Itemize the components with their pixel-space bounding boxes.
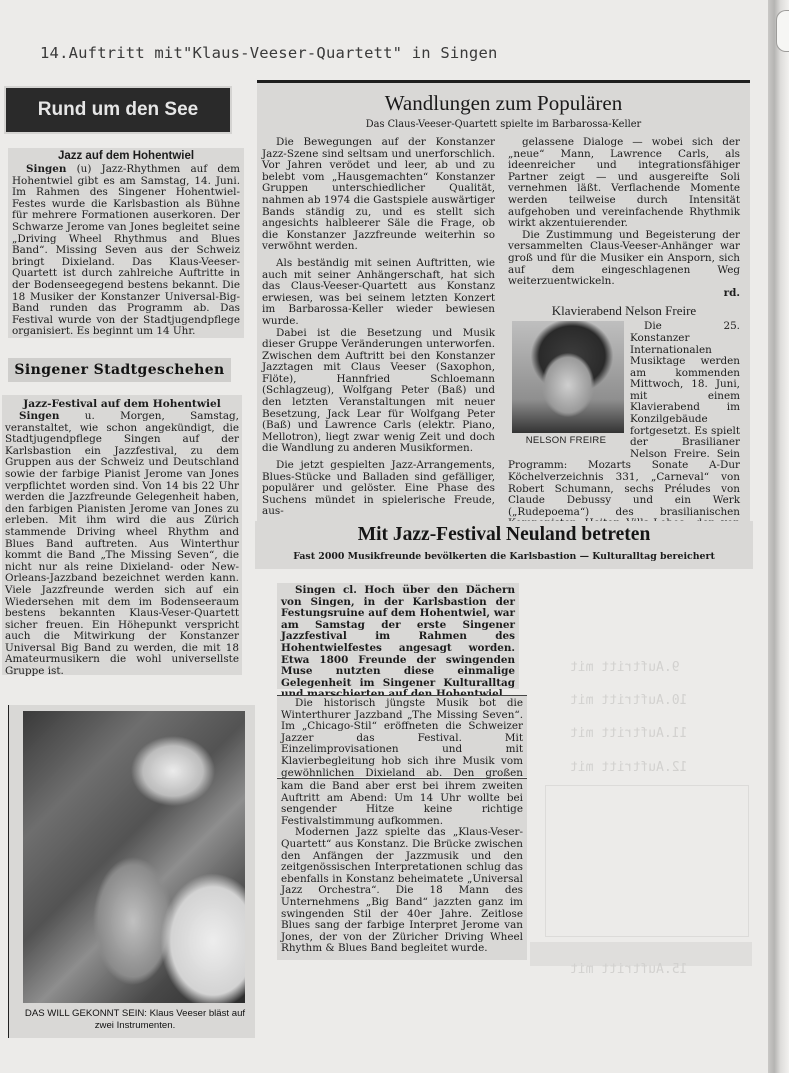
clipping-neuland-headline: Mit Jazz-Festival Neuland betreten Fast …	[255, 521, 753, 569]
banner-text: Singener Stadtgeschehen	[14, 362, 224, 378]
dateline: Singen	[295, 584, 335, 596]
sub-article-nelson-freire: NELSON FREIRE Die 25. Konstanzer Interna…	[508, 321, 740, 541]
article-body: Singen u. Morgen, Samstag, veranstaltet,…	[5, 411, 239, 678]
clipping-neuland-body-1: Die historisch jüngste Musik bot die Win…	[277, 695, 527, 777]
paragraph: Die jetzt gespielten Jazz-Arrangements, …	[262, 460, 495, 518]
article-headline: Jazz-Festival auf dem Hohentwiel	[5, 398, 239, 410]
photo-klaus-veeser-saxophone	[23, 711, 245, 1003]
dateline: Singen	[19, 410, 59, 422]
article-body: Singen (u) Jazz-Rhythmen auf dem Hohentw…	[12, 164, 240, 338]
typed-page-title: 14.Auftritt mit"Klaus-Veeser-Quartett" i…	[40, 44, 498, 62]
paragraph: Die historisch jüngste Musik bot die Win…	[281, 698, 523, 791]
bleed-through-line: 11.Auftritt mit	[570, 726, 687, 741]
article-column-2: gelassene Dialoge — wobei sich der „neue…	[508, 137, 740, 542]
clipping-wandlungen-zum-populaeren: Wandlungen zum Populären Das Claus-Veese…	[257, 80, 750, 523]
article-subheadline: Das Claus-Veeser-Quartett spielte im Bar…	[257, 119, 750, 130]
section-banner-rund-um-den-see: Rund um den See	[4, 86, 232, 134]
dateline: Singen	[26, 163, 66, 175]
paragraph: Die Bewegungen auf der Konstanzer Jazz-S…	[262, 137, 495, 253]
clipping-neuland-body-2: kam die Band aber erst bei ihrem zweiten…	[277, 778, 527, 960]
portrait-image	[512, 321, 624, 433]
article-headline: Wandlungen zum Populären	[257, 91, 750, 116]
article-lead: Singen cl. Hoch über den Dächern von Sin…	[281, 585, 515, 701]
section-banner-stadtgeschehen: Singener Stadtgeschehen	[8, 358, 231, 382]
article-text: u. Morgen, Samstag, veranstaltet, wie sc…	[5, 410, 239, 677]
paragraph: Modernen Jazz spielte das „Klaus-Veser-Q…	[281, 827, 523, 955]
lead-text: cl. Hoch über den Dächern von Singen, in…	[281, 584, 515, 700]
clipping-neuland-lead: Singen cl. Hoch über den Dächern von Sin…	[277, 583, 519, 689]
article-text: (u) Jazz-Rhythmen auf dem Hohentwiel gib…	[12, 163, 240, 337]
page-binding-hole	[776, 10, 789, 52]
paragraph: Die Zustimmung und Begeisterung der vers…	[508, 230, 740, 288]
paragraph: Als beständig mit seinen Auftritten, wie…	[262, 258, 495, 328]
banner-text: Rund um den See	[38, 99, 198, 121]
page-edge-shadow	[768, 0, 789, 1073]
article-column-1: Die Bewegungen auf der Konstanzer Jazz-S…	[262, 137, 495, 518]
article-subheadline: Fast 2000 Musikfreunde bevölkerten die K…	[255, 551, 753, 562]
bleed-through-line: 15.Auftritt mit	[570, 962, 687, 977]
clipping-photo-veeser: DAS WILL GEKONNT SEIN: Klaus Veeser bläs…	[8, 705, 255, 1038]
sub-article-headline: Klavierabend Nelson Freire	[508, 303, 740, 319]
bleed-through-line: 12.Auftritt mit	[570, 760, 687, 775]
photo-caption: DAS WILL GEKONNT SEIN: Klaus Veeser bläs…	[19, 1008, 251, 1032]
article-headline: Jazz auf dem Hohentwiel	[12, 150, 240, 162]
paragraph: kam die Band aber erst bei ihrem zweiten…	[281, 781, 523, 827]
article-headline: Mit Jazz-Festival Neuland betreten	[255, 524, 753, 546]
bleed-through-box	[545, 785, 749, 937]
clipping-jazz-festival-hohentwiel: Jazz-Festival auf dem Hohentwiel Singen …	[2, 395, 242, 675]
paragraph: Dabei ist die Besetzung und Musik dieser…	[262, 328, 495, 456]
bleed-through-line: 9.Auftritt mit	[570, 660, 680, 675]
author-signature: rd.	[508, 288, 740, 300]
photo-nelson-freire: NELSON FREIRE	[508, 321, 624, 451]
bleed-through-line: 10.Auftritt mit	[570, 693, 687, 708]
paragraph: gelassene Dialoge — wobei sich der „neue…	[508, 137, 740, 230]
photo-caption: NELSON FREIRE	[508, 435, 624, 446]
clipping-jazz-auf-dem-hohentwiel: Jazz auf dem Hohentwiel Singen (u) Jazz-…	[8, 148, 244, 338]
